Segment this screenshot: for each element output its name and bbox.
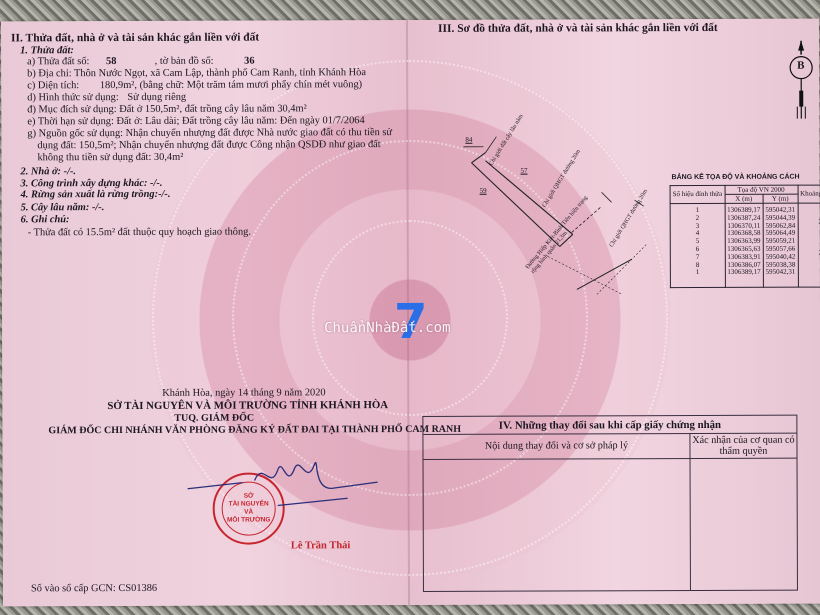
signature-scribble	[182, 450, 382, 511]
table-cell: 2,26	[800, 242, 820, 250]
purpose-label: đ) Mục đích sử dụng:	[27, 104, 116, 115]
signer-name: Lê Trần Thái	[291, 540, 351, 551]
origin-label: g) Nguồn gốc sử dụng:	[27, 128, 123, 139]
parcel-number: 58	[92, 56, 152, 69]
forest-row: 4. Rừng sản xuất là rừng trồng:-/-.	[21, 189, 171, 202]
changes-table: IV. Những thay đổi sau khi cấp giấy chứn…	[422, 415, 798, 592]
col-vertex: Số hiệu đỉnh thửa	[670, 185, 725, 203]
table-cell: 2,25	[800, 226, 820, 234]
table-cell: 595042,31	[766, 269, 796, 277]
coordinate-table: Số hiệu đỉnh thửa Tọa độ VN 2000 Khoảng …	[670, 184, 820, 288]
distance-column: 2,8425,172,257,002,2625,132,965,00	[798, 203, 820, 287]
section-2-title: II. Thửa đất, nhà ở và tài sản khác gắn …	[11, 32, 259, 45]
term-value: Đất ở: Lâu dài; Đất trồng cây lâu năm: Đ…	[116, 115, 364, 127]
branch-director-title: GIÁM ĐỐC CHI NHÁNH VĂN PHÒNG ĐĂNG KÝ ĐẤT…	[48, 424, 461, 438]
parcel-diagram	[441, 134, 672, 305]
table-cell: 2,96	[800, 257, 820, 265]
col-y: Y (m)	[763, 194, 798, 203]
house-row: 2. Nhà ở: -/-.	[20, 166, 76, 179]
north-arrow-icon	[789, 41, 813, 121]
change-content-cell	[424, 459, 691, 591]
compass-label: B	[797, 60, 804, 72]
table-cell: 25,13	[800, 249, 820, 257]
x-column: 1306389,171306387,241306370,111306368,58…	[725, 203, 764, 287]
col-authority-confirmation: Xác nhận của cơ quan có thẩm quyền	[690, 434, 796, 458]
section-4-title: IV. Những thay đổi sau khi cấp giấy chứn…	[423, 416, 796, 435]
address-label: b) Địa chỉ:	[27, 68, 71, 79]
stamp-line: MÔI TRƯỜNG	[223, 516, 275, 524]
map-sheet-number: 36	[216, 56, 254, 67]
registry-number: Số vào sổ cấp GCN: CS01386	[31, 583, 157, 596]
tuq-director: TUQ. GIÁM ĐỐC	[174, 413, 254, 426]
usage-form-label: d) Hình thức sử dụng:	[27, 92, 119, 103]
section-3-title: III. Sơ đồ thửa đất, nhà ở và tài sản kh…	[438, 22, 718, 35]
table-cell: 25,17	[800, 218, 820, 226]
coord-table-title: BẢNG KÊ TỌA ĐỘ VÀ KHOẢNG CÁCH	[672, 174, 800, 181]
table-cell: 5,00	[800, 265, 820, 273]
table-cell: 2,84	[800, 210, 820, 218]
notes-heading: 6. Ghi chú:	[21, 214, 70, 227]
neighbor-parcel-57: 57	[520, 167, 527, 175]
address-value: Thôn Nước Ngọt, xã Cam Lập, thành phố Ca…	[74, 67, 366, 79]
y-column: 595042,31595044,39595062,84595064,495950…	[763, 203, 798, 287]
table-cell: 1	[673, 269, 723, 277]
origin-line-1: Nhận chuyển nhượng đất được Nhà nước gia…	[126, 127, 392, 139]
area-value: 180,9m², (bằng chữ: Một trăm tám mươi ph…	[100, 79, 362, 91]
col-change-content: Nội dung thay đổi và cơ sở pháp lý	[423, 434, 690, 459]
area-row: c) Diện tích: 180,9m², (bằng chữ: Một tr…	[27, 79, 362, 93]
watermark-text: ChuẩnNhàĐất.com	[324, 320, 450, 336]
perennial-row: 5. Cây lâu năm: -/-.	[21, 202, 105, 215]
neighbor-parcel-59: 59	[480, 187, 487, 195]
origin-line-3: không thu tiền sử dụng đất: 30,4m²	[37, 152, 183, 165]
neighbor-parcel-84: 84	[465, 136, 472, 144]
issuing-department: SỞ TÀI NGUYÊN VÀ MÔI TRƯỜNG TỈNH KHÁNH H…	[107, 399, 388, 413]
vertex-column: 123456781	[670, 203, 725, 287]
col-distance: Khoảng cách S(m)	[798, 185, 820, 203]
table-cell: 1306389,17	[727, 269, 760, 277]
parcel-label: a) Thửa đất số:	[27, 56, 89, 67]
origin-line-2: dụng đất: 150,5m²; Nhận chuyển nhượng đấ…	[37, 139, 380, 153]
table-cell: 7,00	[800, 234, 820, 242]
usage-form-value: Sử dụng riêng	[121, 92, 186, 103]
notes-text: - Thửa đất có 15.5m² đất thuộc quy hoạch…	[28, 227, 251, 240]
term-label: e) Thời hạn sử dụng:	[27, 116, 114, 127]
col-coordinate-system: Tọa độ VN 2000	[725, 185, 798, 194]
col-x: X (m)	[725, 194, 763, 203]
map-sheet-label: , tờ bản đồ số:	[155, 56, 214, 67]
certificate-paper: II. Thửa đất, nhà ở và tài sản khác gắn …	[1, 19, 820, 607]
area-label: c) Diện tích:	[27, 80, 97, 93]
purpose-value: Đất ở 150,5m², đất trồng cây lâu năm 30,…	[119, 103, 307, 115]
